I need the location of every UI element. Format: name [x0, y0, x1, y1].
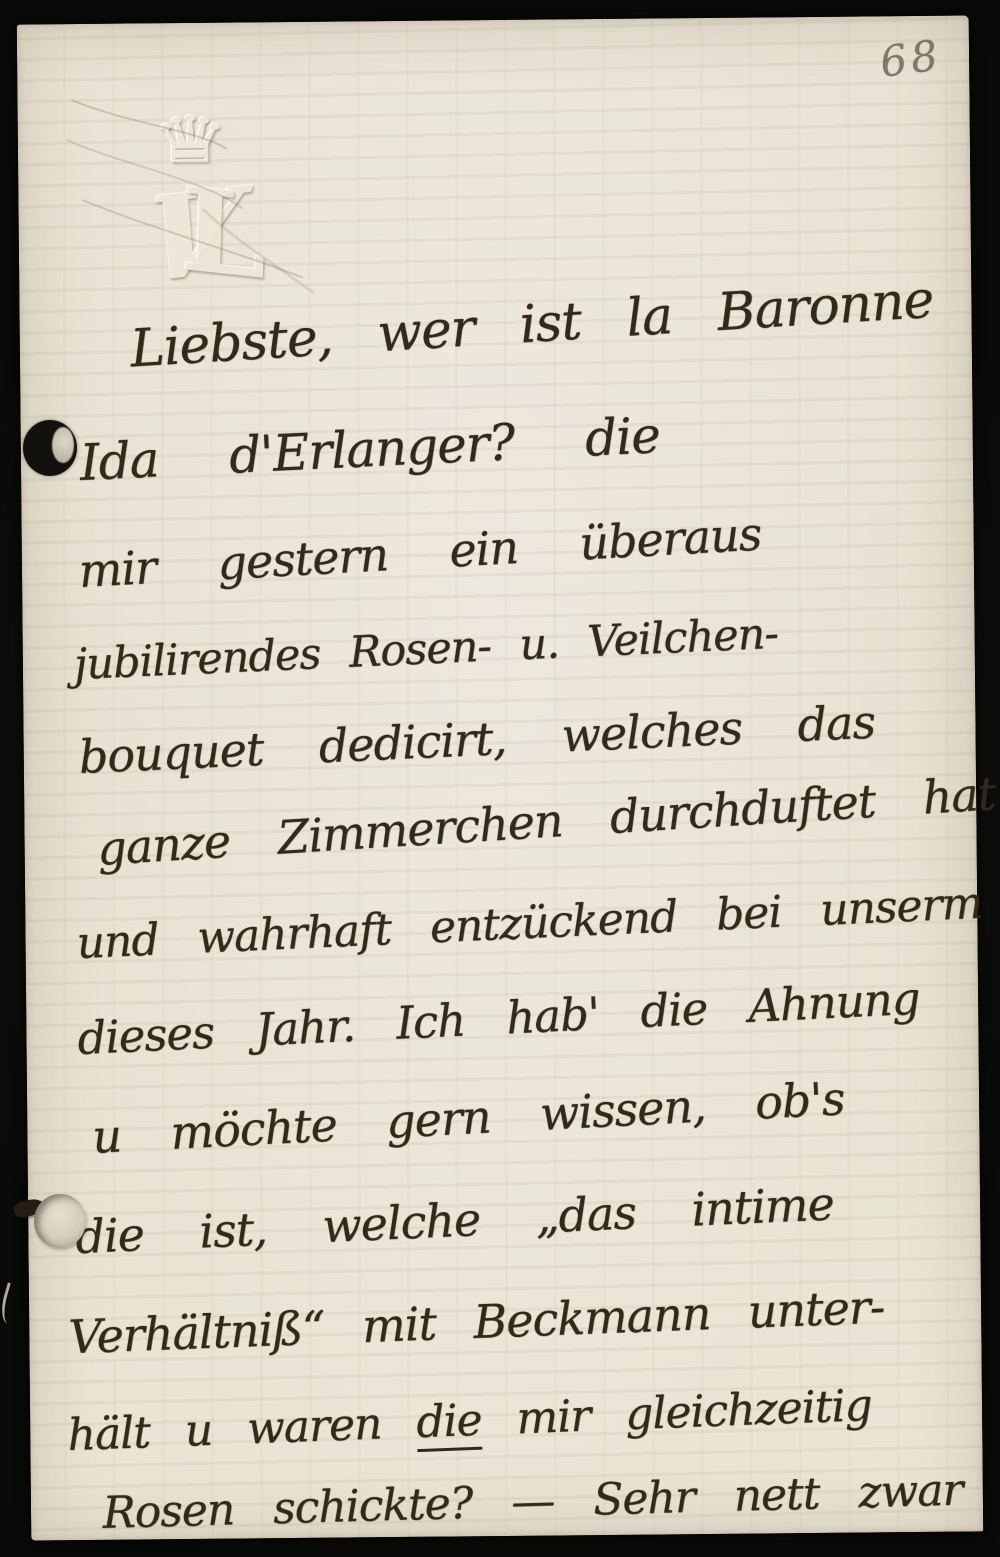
handwriting-line: mir gestern ein überaus: [77, 507, 762, 598]
handwriting-line: Rosen schickte? — Sehr nett zwar: [102, 1465, 963, 1539]
handwriting-line: Ida d'Erlanger? die: [78, 406, 661, 492]
handwriting-line: die ist, welche „das intime: [74, 1176, 835, 1264]
handwriting-line: u möchte gern wissen, ob's: [91, 1071, 846, 1164]
handwriting-line: und wahrhaft entzückend bei unserm: [76, 878, 984, 969]
handwriting-line: dieses Jahr. Ich hab' die Ahnung: [76, 972, 920, 1065]
handwriting-line: bouquet dedicirt, welches das: [78, 695, 876, 784]
pencil-smudges: [51, 66, 453, 310]
punch-hole-bottom: [34, 1194, 86, 1248]
page-number-pencil: 68: [877, 30, 944, 87]
handwriting-segment: mir gleichzeitig: [481, 1380, 873, 1446]
handwriting-line-underlined: hält u waren die mir gleichzeitig: [67, 1380, 873, 1461]
scan-background: ♛ V L 68 Liebste, wer ist la Baronne Ida…: [0, 0, 1000, 1557]
binding-thread: [0, 1282, 24, 1325]
letter-page: ♛ V L 68 Liebste, wer ist la Baronne Ida…: [17, 15, 984, 1540]
handwriting-line: Verhältniß“ mit Beckmann unter-: [68, 1280, 886, 1365]
punch-hole-top: [23, 420, 77, 476]
handwriting-line: ganze Zimmerchen durchduftet hat: [96, 766, 997, 876]
handwriting-line: jubilirendes Rosen- u. Veilchen-: [73, 609, 779, 690]
handwriting-segment: hält u waren: [67, 1397, 418, 1461]
underlined-word: die: [415, 1395, 482, 1452]
